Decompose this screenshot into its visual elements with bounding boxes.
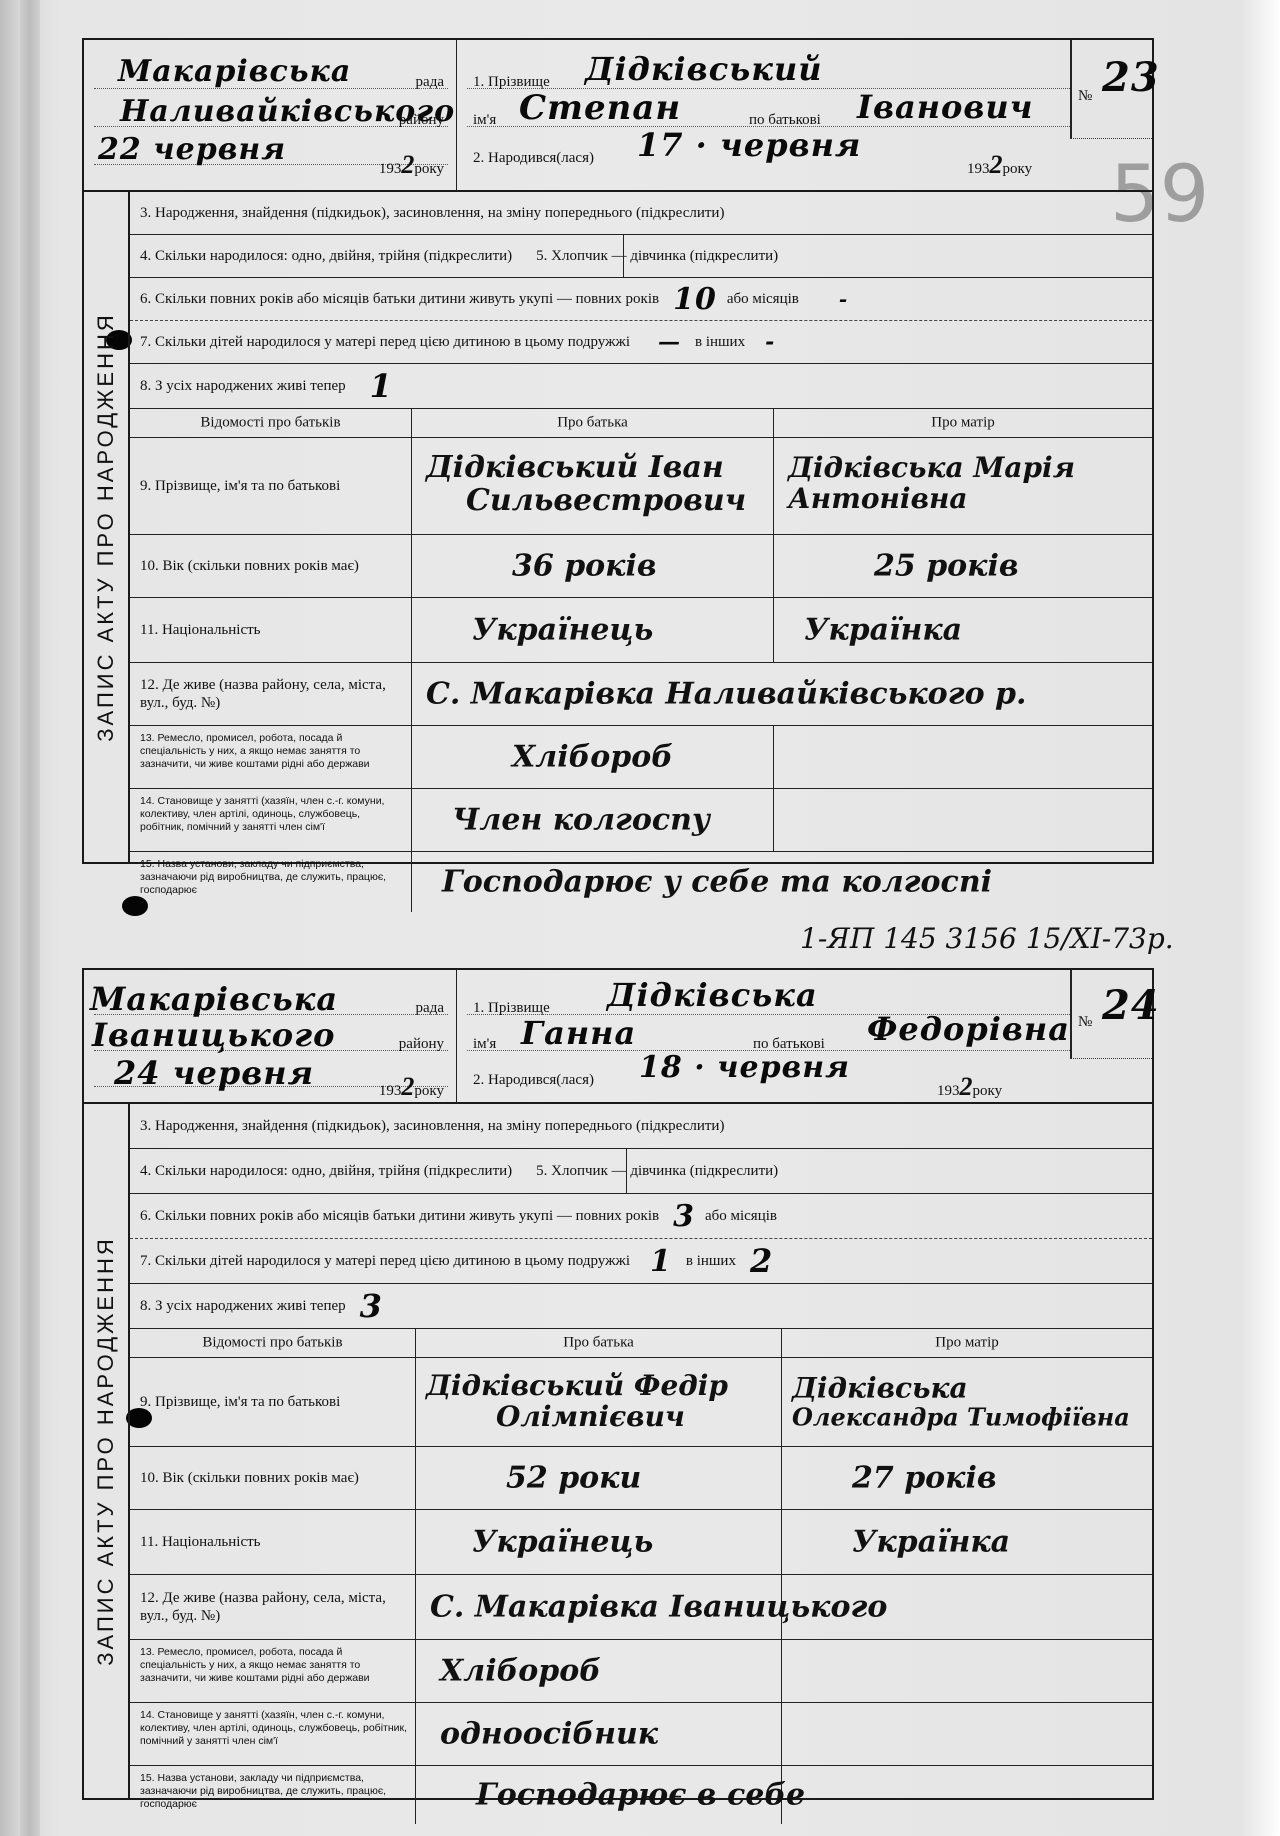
q10-label: 10. Вік (скільки повних років має): [130, 535, 412, 598]
father-occupation: Хлібороб: [412, 726, 774, 789]
father-status: Член колгоспу: [412, 789, 774, 852]
form-body: ЗАПИС АКТУ ПРО НАРОДЖЕННЯ 3. Народження,…: [84, 1104, 1152, 1798]
father-nationality: Українець: [412, 598, 774, 663]
birth-record-form-1: Макарівська рада Наливайківського району…: [82, 38, 1154, 864]
q13-label: 13. Ремесло, промисел, робота, посада й …: [130, 726, 412, 789]
parents-table: Відомості про батьків Про батька Про мат…: [130, 409, 1152, 912]
mother-age: 27 років: [782, 1447, 1152, 1510]
council-value: Макарівська: [90, 980, 338, 1018]
q14-label: 14. Становище у занятті (хазяїн, член с.…: [130, 1703, 416, 1766]
child-identity-block: 1. Прізвище Дідківський ім'я Степан по б…: [457, 40, 1070, 190]
margin-annotation: 1-ЯП 145 3156 15/XI-73р.: [800, 922, 1174, 955]
prior-children-value: 1: [650, 1244, 672, 1279]
patronymic-value: Федорівна: [867, 1010, 1070, 1048]
district-value: Іваницького: [92, 1016, 335, 1054]
registration-block: Макарівська рада Наливайківського району…: [84, 40, 457, 190]
parents-table: Відомості про батьків Про батька Про мат…: [130, 1329, 1152, 1824]
name-label: ім'я: [473, 1036, 496, 1053]
birth-year-label: 1932року: [937, 1072, 1002, 1102]
q11-label: 11. Національність: [130, 1510, 416, 1575]
form-body: ЗАПИС АКТУ ПРО НАРОДЖЕННЯ 3. Народження,…: [84, 192, 1152, 862]
row-q8: 8. З усіх народжених живі тепер 1: [130, 364, 1152, 409]
father-occupation: Хлібороб: [416, 1640, 782, 1703]
birth-record-form-2: Макарівська рада Іваницького району 24 ч…: [82, 968, 1154, 1800]
raion-label: району: [399, 112, 444, 129]
living-now-value: 1: [370, 367, 393, 405]
surname-value: Дідківська: [607, 976, 818, 1014]
registration-block: Макарівська рада Іваницького району 24 ч…: [84, 970, 457, 1102]
born-label: 2. Народився(лася): [473, 1072, 594, 1089]
father-residence: С. Макарівка Іваницького: [416, 1575, 782, 1640]
question-rows: 3. Народження, знайдення (підкидьок), за…: [130, 192, 1152, 862]
row-q7: 7. Скільки дітей народилося у матері пер…: [130, 1239, 1152, 1284]
father-nationality: Українець: [416, 1510, 782, 1575]
birth-date-value: 17 · червня: [637, 126, 861, 164]
q15-label: 15. Назва установи, закладу чи підприємс…: [130, 852, 412, 912]
registration-date-value: 24 червня: [114, 1054, 314, 1092]
record-number-value: 23: [1102, 54, 1160, 101]
q12-label: 12. Де живе (назва району, села, міста, …: [130, 1575, 416, 1640]
first-name-value: Ганна: [521, 1014, 636, 1052]
row-q6: 6. Скільки повних років або місяців бать…: [130, 1194, 1152, 1239]
rada-label: рада: [416, 74, 444, 91]
child-identity-block: 1. Прізвище Дідківська ім'я Ганна по бат…: [457, 970, 1070, 1102]
father-workplace: Господарює у себе та колгоспі: [412, 852, 774, 912]
record-number-box: № 24: [1070, 970, 1152, 1059]
patronymic-value: Іванович: [857, 88, 1034, 126]
mother-workplace: [782, 1766, 1152, 1824]
binding-spine: [20, 0, 40, 1836]
scanned-page: 59 1-ЯП 145 3156 15/XI-73р. Макарівська …: [0, 0, 1280, 1836]
row-q7: 7. Скільки дітей народилося у матері пер…: [130, 321, 1152, 364]
first-name-value: Степан: [519, 88, 681, 128]
father-name: Дідківський ІванСильвестрович: [412, 438, 774, 535]
q11-label: 11. Національність: [130, 598, 412, 663]
years-together-value: 3: [673, 1199, 695, 1234]
birth-date-value: 18 · червня: [639, 1050, 850, 1085]
mother-nationality: Українка: [774, 598, 1152, 663]
father-name: Дідківський ФедірОлімпієвич: [416, 1358, 782, 1447]
raion-label: району: [399, 1036, 444, 1053]
q12-label: 12. Де живе (назва району, села, міста, …: [130, 663, 412, 726]
record-number-value: 24: [1102, 982, 1160, 1029]
prior-children-value: —: [658, 329, 681, 355]
father-status: одноосібник: [416, 1703, 782, 1766]
father-workplace: Господарює в себе: [416, 1766, 782, 1824]
father-age: 36 років: [412, 535, 774, 598]
side-title: ЗАПИС АКТУ ПРО НАРОДЖЕННЯ: [84, 1104, 130, 1798]
mother-occupation: [782, 1640, 1152, 1703]
form-header: Макарівська рада Наливайківського району…: [84, 40, 1152, 192]
living-now-value: 3: [360, 1287, 383, 1325]
q14-label: 14. Становище у занятті (хазяїн, член с.…: [130, 789, 412, 852]
mother-status: [782, 1703, 1152, 1766]
q15-label: 15. Назва установи, закладу чи підприємс…: [130, 1766, 416, 1824]
year-label: 1932року: [379, 150, 444, 180]
q9-label: 9. Прізвище, ім'я та по батькові: [130, 438, 412, 535]
mother-name: Дідківська МаріяАнтонівна: [774, 438, 1152, 535]
q9-label: 9. Прізвище, ім'я та по батькові: [130, 1358, 416, 1447]
surname-value: Дідківський: [585, 50, 822, 88]
row-q4-q5: 4. Скільки народилося: одно, двійня, трі…: [130, 235, 1152, 278]
mother-nationality: Українка: [782, 1510, 1152, 1575]
q10-label: 10. Вік (скільки повних років має): [130, 1447, 416, 1510]
row-q4-q5: 4. Скільки народилося: одно, двійня, трі…: [130, 1149, 1152, 1194]
row-q3: 3. Народження, знайдення (підкидьок), за…: [130, 1104, 1152, 1149]
born-label: 2. Народився(лася): [473, 150, 594, 167]
row-q6: 6. Скільки повних років або місяців бать…: [130, 278, 1152, 321]
registration-date-value: 22 червня: [98, 132, 286, 167]
mother-status: [774, 789, 1152, 852]
q13-label: 13. Ремесло, промисел, робота, посада й …: [130, 1640, 416, 1703]
mother-occupation: [774, 726, 1152, 789]
years-together-value: 10: [673, 282, 717, 317]
record-number-box: № 23: [1070, 40, 1152, 139]
rada-label: рада: [416, 1000, 444, 1017]
birth-year-label: 1932року: [967, 150, 1032, 180]
row-q8: 8. З усіх народжених живі тепер 3: [130, 1284, 1152, 1329]
council-value: Макарівська: [118, 54, 351, 89]
form-header: Макарівська рада Іваницького району 24 ч…: [84, 970, 1152, 1104]
mother-age: 25 років: [774, 535, 1152, 598]
name-label: ім'я: [473, 112, 496, 129]
father-residence: С. Макарівка Наливайківського р.: [412, 663, 774, 726]
question-rows: 3. Народження, знайдення (підкидьок), за…: [130, 1104, 1152, 1798]
year-label: 1932року: [379, 1072, 444, 1102]
father-age: 52 роки: [416, 1447, 782, 1510]
row-q3: 3. Народження, знайдення (підкидьок), за…: [130, 192, 1152, 235]
side-title: ЗАПИС АКТУ ПРО НАРОДЖЕННЯ: [84, 192, 130, 862]
mother-name: ДідківськаОлександра Тимофіївна: [782, 1358, 1152, 1447]
